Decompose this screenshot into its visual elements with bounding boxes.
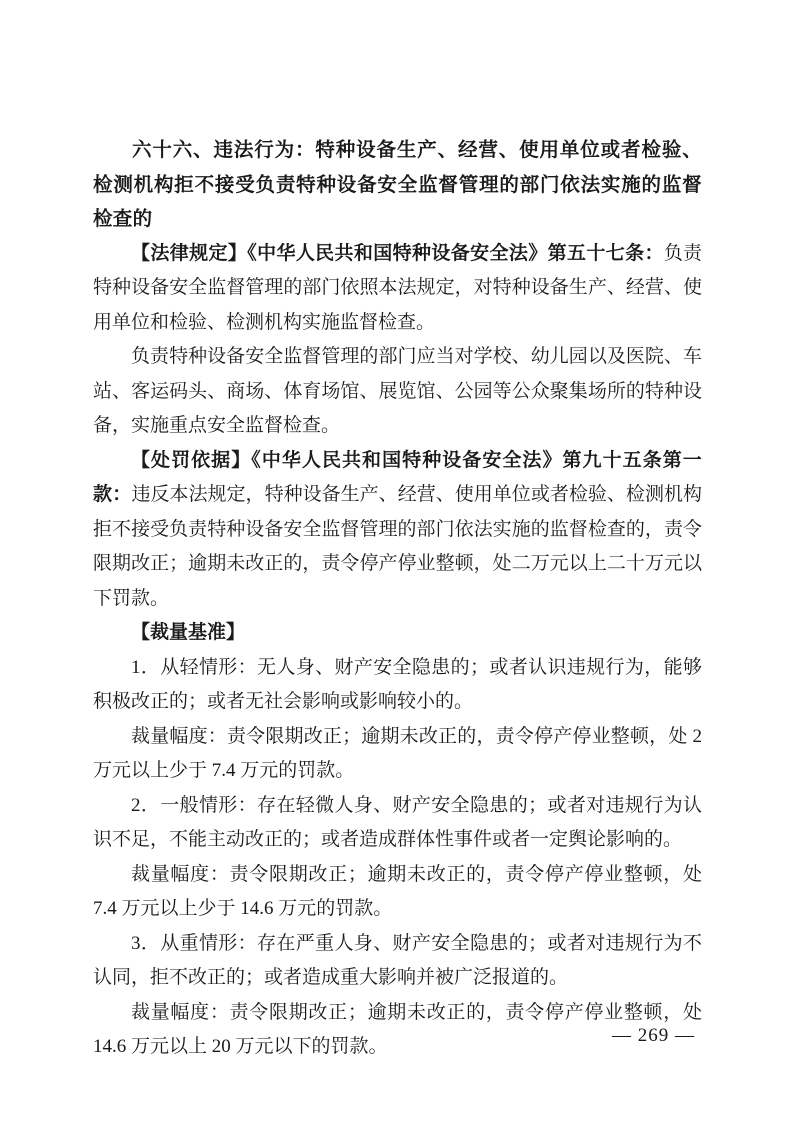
violation-title: 六十六、违法行为：特种设备生产、经营、使用单位或者检验、检测机构拒不接受负责特种… (93, 133, 702, 237)
discretion-item-2-range: 裁量幅度：责令限期改正；逾期未改正的，责令停产停业整顿，处 7.4 万元以上少于… (93, 858, 702, 927)
discretion-item-3-situation: 3．从重情形：存在严重人身、财产安全隐患的；或者对违规行为不认同，拒不改正的；或… (93, 927, 702, 996)
document-content: 六十六、违法行为：特种设备生产、经营、使用单位或者检验、检测机构拒不接受负责特种… (93, 133, 702, 1065)
discretion-item-1-situation: 1．从轻情形：无人身、财产安全隐患的；或者认识违规行为，能够积极改正的；或者无社… (93, 651, 702, 720)
discretion-item-2-situation: 2．一般情形：存在轻微人身、财产安全隐患的；或者对违规行为认识不足，不能主动改正… (93, 789, 702, 858)
document-page: 六十六、违法行为：特种设备生产、经营、使用单位或者检验、检测机构拒不接受负责特种… (0, 0, 793, 1122)
legal-basis-paragraph-2: 负责特种设备安全监督管理的部门应当对学校、幼儿园以及医院、车站、客运码头、商场、… (93, 340, 702, 444)
discretion-heading: 【裁量基准】 (93, 616, 702, 651)
discretion-item-3-range: 裁量幅度：责令限期改正；逾期未改正的，责令停产停业整顿，处 14.6 万元以上 … (93, 996, 702, 1065)
penalty-basis-text: 违反本法规定，特种设备生产、经营、使用单位或者检验、检测机构拒不接受负责特种设备… (93, 484, 702, 609)
legal-basis-label: 【法律规定】《中华人民共和国特种设备安全法》第五十七条： (131, 243, 664, 264)
discretion-item-1-range: 裁量幅度：责令限期改正；逾期未改正的，责令停产停业整顿，处 2 万元以上少于 7… (93, 720, 702, 789)
legal-basis-paragraph: 【法律规定】《中华人民共和国特种设备安全法》第五十七条：负责特种设备安全监督管理… (93, 237, 702, 341)
penalty-basis-paragraph: 【处罚依据】《中华人民共和国特种设备安全法》第九十五条第一款：违反本法规定，特种… (93, 444, 702, 617)
page-number: — 269 — (612, 1022, 695, 1050)
